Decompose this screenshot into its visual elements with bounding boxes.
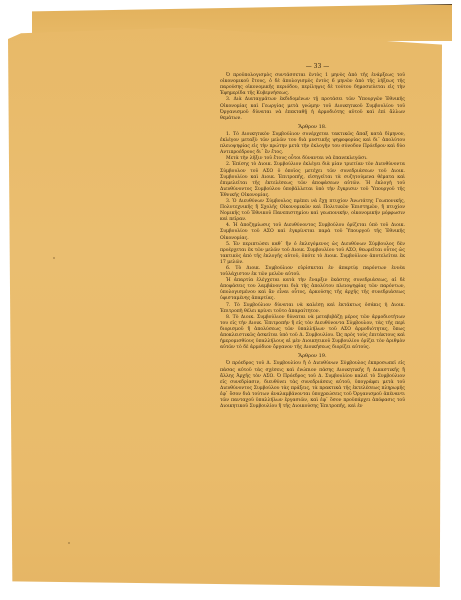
paragraph: 4. Ἡ ἀποζημίωσις τοῦ Διευθύνοντος Συμβού… <box>220 223 405 241</box>
paragraph: Ὁ πρόεδρος τοῦ Δ. Συμβουλίου ἢ ὁ Διευθύν… <box>220 361 405 410</box>
paragraph: 5. Ἐν περιπτώσει καθ᾽ ἣν ὁ ἐκλεγόμενος ὡ… <box>220 242 405 266</box>
paragraph: 3. Διὰ Διαταγμάτων ἐκδιδομένων τῇ προτάσ… <box>220 97 405 121</box>
paragraph: 3. Ὁ Διευθύνων Σύμβουλος πρέπει νὰ ἔχῃ π… <box>220 199 405 223</box>
paper-stain <box>53 257 55 259</box>
paragraph: 8. Τὸ Διοικ. Συμβούλιον δύναται νὰ μεταβ… <box>220 315 405 352</box>
paper-stain <box>68 542 70 544</box>
paragraph: Ὁ προϋπολογισμὸς συντάσσεται ἐντὸς 1 μην… <box>220 73 405 97</box>
article-heading: Ἄρθρον 19. <box>220 353 405 359</box>
paragraph: 1. Τὸ Διοικητικὸν Συμβούλιον συνέρχεται … <box>220 132 405 156</box>
paragraph: 7. Τὸ Συμβούλιον δύναται νὰ καλέσῃ καὶ ἐ… <box>220 303 405 315</box>
article-heading: Ἄρθρον 18. <box>220 124 405 130</box>
paragraph: Ἡ ἀπαρτία ἐλέγχεται κατὰ τὴν ἔναρξιν ἑκά… <box>220 278 405 302</box>
paragraph: 6. Τὸ Διοικ. Συμβούλιον εὑρίσκεται ἐν ἀπ… <box>220 266 405 278</box>
paragraph: 2. Ἐπίσης τὸ Διοικ. Συμβούλιον ἐκλέγει δ… <box>220 162 405 199</box>
page-text-column: — 33 — Ὁ προϋπολογισμὸς συντάσσεται ἐντὸ… <box>220 64 405 410</box>
page-number: — 33 — <box>220 64 405 70</box>
